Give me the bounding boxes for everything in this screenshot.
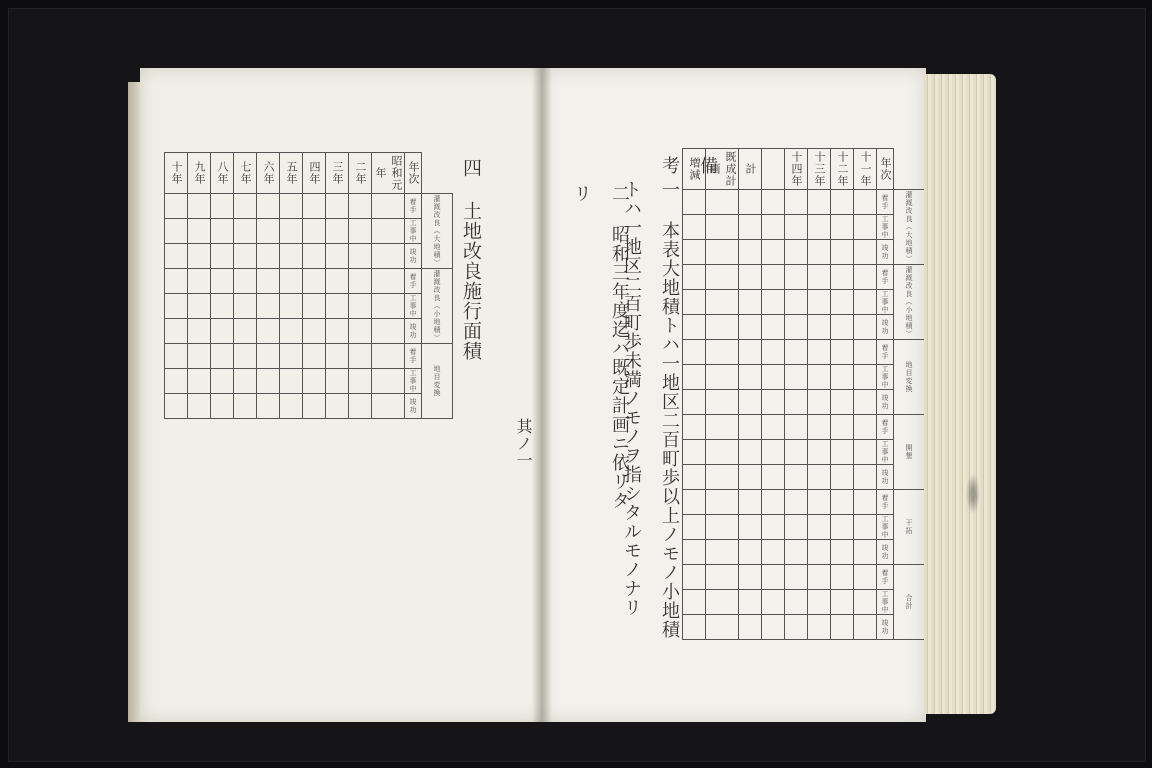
table-row: 竣功 <box>165 244 453 269</box>
data-cell <box>785 465 808 490</box>
data-cell <box>683 340 706 365</box>
data-cell <box>831 340 854 365</box>
data-cell <box>257 269 280 294</box>
column-header <box>762 149 785 190</box>
data-cell <box>808 390 831 415</box>
data-cell <box>854 490 877 515</box>
data-cell <box>785 615 808 640</box>
data-cell <box>808 215 831 240</box>
data-cell <box>762 265 785 290</box>
data-cell <box>831 290 854 315</box>
data-cell <box>683 365 706 390</box>
data-cell <box>165 194 188 219</box>
data-cell <box>303 269 326 294</box>
data-cell <box>303 394 326 419</box>
row-label: 工事中 <box>877 590 894 615</box>
table-row: 着手灌漑改良（小地積） <box>165 269 453 294</box>
data-cell <box>808 415 831 440</box>
data-cell <box>706 240 739 265</box>
table-row: 竣功 <box>683 465 925 490</box>
row-label: 着手 <box>877 490 894 515</box>
row-label: 工事中 <box>405 369 422 394</box>
year-header: 八年 <box>211 153 234 194</box>
data-cell <box>831 415 854 440</box>
data-cell <box>211 344 234 369</box>
remark-2: 二 昭和三年度迄ハ既定計画ニ依リタリ <box>562 184 638 524</box>
data-cell <box>188 219 211 244</box>
data-cell <box>165 319 188 344</box>
data-cell <box>739 315 762 340</box>
data-cell <box>808 340 831 365</box>
data-cell <box>303 244 326 269</box>
data-cell <box>706 465 739 490</box>
data-cell <box>211 269 234 294</box>
data-cell <box>762 465 785 490</box>
data-cell <box>165 344 188 369</box>
data-cell <box>831 240 854 265</box>
data-cell <box>762 440 785 465</box>
data-cell <box>706 565 739 590</box>
data-cell <box>739 390 762 415</box>
data-cell <box>785 315 808 340</box>
data-cell <box>739 290 762 315</box>
column-header-label: 年次 <box>877 149 894 190</box>
data-cell <box>762 215 785 240</box>
data-cell <box>808 190 831 215</box>
row-group-label: 干拓 <box>894 490 925 565</box>
data-cell <box>326 194 349 219</box>
row-label: 工事中 <box>877 290 894 315</box>
data-cell <box>762 315 785 340</box>
data-cell <box>739 565 762 590</box>
data-cell <box>211 219 234 244</box>
data-cell <box>706 590 739 615</box>
table-row: 竣功 <box>683 390 925 415</box>
data-cell <box>808 615 831 640</box>
column-header: 十三年 <box>808 149 831 190</box>
data-cell <box>854 590 877 615</box>
table-row: 着手地目変換 <box>165 344 453 369</box>
data-cell <box>372 394 405 419</box>
data-cell <box>372 219 405 244</box>
data-cell <box>854 440 877 465</box>
table-row: 着手合計 <box>683 565 925 590</box>
data-cell <box>326 394 349 419</box>
data-cell <box>739 215 762 240</box>
data-cell <box>349 319 372 344</box>
table-row: 工事中 <box>165 369 453 394</box>
data-cell <box>303 344 326 369</box>
data-cell <box>683 415 706 440</box>
table-row: 工事中 <box>683 290 925 315</box>
data-cell <box>683 565 706 590</box>
table-row: 工事中 <box>683 590 925 615</box>
data-cell <box>326 269 349 294</box>
row-label: 着手 <box>877 340 894 365</box>
year-header: 四年 <box>303 153 326 194</box>
right-page: 備考 一 本表大地積トハ一地区二百町歩以上ノモノ小地積トハ一地区二百町歩未満ノモ… <box>542 68 926 722</box>
data-cell <box>762 340 785 365</box>
data-cell <box>854 340 877 365</box>
data-cell <box>762 490 785 515</box>
data-cell <box>831 390 854 415</box>
data-cell <box>706 290 739 315</box>
data-cell <box>257 219 280 244</box>
data-cell <box>234 369 257 394</box>
data-cell <box>785 290 808 315</box>
data-cell <box>165 394 188 419</box>
table-row: 竣功 <box>683 315 925 340</box>
data-cell <box>706 340 739 365</box>
data-cell <box>349 244 372 269</box>
data-cell <box>188 294 211 319</box>
data-cell <box>762 540 785 565</box>
table-row: 工事中 <box>165 219 453 244</box>
data-cell <box>234 394 257 419</box>
data-cell <box>188 269 211 294</box>
row-label: 着手 <box>877 190 894 215</box>
data-cell <box>280 219 303 244</box>
data-cell <box>188 244 211 269</box>
row-label: 工事中 <box>877 365 894 390</box>
left-page: 十年 九年 八年 七年 六年 五年 四年 三年 二年 昭和元年 年次 着手灌漑改… <box>140 68 546 722</box>
row-group-label: 開墾 <box>894 415 925 490</box>
table-row: 竣功 <box>683 540 925 565</box>
data-cell <box>706 315 739 340</box>
data-cell <box>831 490 854 515</box>
data-cell <box>706 265 739 290</box>
data-cell <box>280 394 303 419</box>
data-cell <box>280 344 303 369</box>
column-header: 十一年 <box>854 149 877 190</box>
data-cell <box>683 615 706 640</box>
row-label: 竣功 <box>877 315 894 340</box>
data-cell <box>683 215 706 240</box>
data-cell <box>739 240 762 265</box>
table-row: 工事中 <box>165 294 453 319</box>
data-cell <box>762 415 785 440</box>
data-cell <box>349 194 372 219</box>
data-cell <box>326 294 349 319</box>
open-ledger-book: 十年 九年 八年 七年 六年 五年 四年 三年 二年 昭和元年 年次 着手灌漑改… <box>128 64 1000 728</box>
year-header: 二年 <box>349 153 372 194</box>
table-row: 工事中 <box>683 440 925 465</box>
left-ledger-table: 十年 九年 八年 七年 六年 五年 四年 三年 二年 昭和元年 年次 着手灌漑改… <box>164 152 453 419</box>
data-cell <box>785 340 808 365</box>
column-header: 増減 <box>683 149 706 190</box>
data-cell <box>808 290 831 315</box>
row-group-label: 合計 <box>894 565 925 640</box>
data-cell <box>211 319 234 344</box>
data-cell <box>808 465 831 490</box>
data-cell <box>739 415 762 440</box>
data-cell <box>785 540 808 565</box>
data-cell <box>706 615 739 640</box>
table-row: 着手地目変換 <box>683 340 925 365</box>
data-cell <box>785 240 808 265</box>
row-label: 竣功 <box>877 465 894 490</box>
data-cell <box>326 344 349 369</box>
data-cell <box>739 590 762 615</box>
data-cell <box>234 269 257 294</box>
data-cell <box>831 265 854 290</box>
data-cell <box>211 394 234 419</box>
data-cell <box>280 194 303 219</box>
data-cell <box>706 440 739 465</box>
data-cell <box>372 269 405 294</box>
data-cell <box>165 244 188 269</box>
data-cell <box>831 190 854 215</box>
row-label: 着手 <box>877 265 894 290</box>
data-cell <box>683 390 706 415</box>
column-header-label: 年次 <box>405 153 422 194</box>
data-cell <box>211 369 234 394</box>
data-cell <box>831 515 854 540</box>
data-cell <box>762 590 785 615</box>
row-label: 着手 <box>405 194 422 219</box>
data-cell <box>831 465 854 490</box>
data-cell <box>739 440 762 465</box>
data-cell <box>280 319 303 344</box>
data-cell <box>683 240 706 265</box>
data-cell <box>349 369 372 394</box>
data-cell <box>257 244 280 269</box>
row-group-label: 地目変換 <box>422 344 453 419</box>
data-cell <box>280 244 303 269</box>
data-cell <box>831 365 854 390</box>
table-row: 竣功 <box>683 615 925 640</box>
row-label: 竣功 <box>877 540 894 565</box>
row-label: 工事中 <box>877 215 894 240</box>
data-cell <box>739 365 762 390</box>
data-cell <box>303 219 326 244</box>
data-cell <box>372 244 405 269</box>
data-cell <box>349 294 372 319</box>
right-ledger-table: 増減 既成計画 計 十四年 十三年 十二年 十一年 年次 着手灌漑改良（大地積）… <box>682 148 925 640</box>
table-row: 着手開墾 <box>683 415 925 440</box>
data-cell <box>706 190 739 215</box>
data-cell <box>188 344 211 369</box>
data-cell <box>762 615 785 640</box>
data-cell <box>234 194 257 219</box>
row-group-label: 灌漑改良（大地積） <box>422 194 453 269</box>
data-cell <box>234 219 257 244</box>
data-cell <box>303 319 326 344</box>
data-cell <box>854 540 877 565</box>
data-cell <box>785 365 808 390</box>
data-cell <box>706 390 739 415</box>
data-cell <box>257 294 280 319</box>
table-row: 工事中 <box>683 215 925 240</box>
data-cell <box>762 565 785 590</box>
data-cell <box>739 465 762 490</box>
data-cell <box>234 294 257 319</box>
data-cell <box>326 319 349 344</box>
data-cell <box>854 465 877 490</box>
data-cell <box>739 340 762 365</box>
data-cell <box>854 390 877 415</box>
data-cell <box>234 344 257 369</box>
data-cell <box>854 190 877 215</box>
data-cell <box>706 415 739 440</box>
data-cell <box>280 294 303 319</box>
data-cell <box>808 265 831 290</box>
year-header: 十年 <box>165 153 188 194</box>
row-label: 工事中 <box>405 219 422 244</box>
data-cell <box>808 565 831 590</box>
data-cell <box>808 315 831 340</box>
data-cell <box>706 540 739 565</box>
data-cell <box>165 219 188 244</box>
data-cell <box>280 269 303 294</box>
data-cell <box>739 615 762 640</box>
data-cell <box>706 215 739 240</box>
data-cell <box>683 440 706 465</box>
data-cell <box>854 265 877 290</box>
data-cell <box>683 290 706 315</box>
row-group-label: 灌漑改良（小地積） <box>422 269 453 344</box>
data-cell <box>854 615 877 640</box>
year-header: 五年 <box>280 153 303 194</box>
column-header: 十四年 <box>785 149 808 190</box>
data-cell <box>280 369 303 394</box>
table-row: 着手灌漑改良（小地積） <box>683 265 925 290</box>
table-row: 着手灌漑改良（大地積） <box>165 194 453 219</box>
data-cell <box>165 369 188 394</box>
data-cell <box>683 265 706 290</box>
data-cell <box>785 390 808 415</box>
row-group-label: 地目変換 <box>894 340 925 415</box>
data-cell <box>808 540 831 565</box>
data-cell <box>831 590 854 615</box>
column-header: 十二年 <box>831 149 854 190</box>
book-gutter <box>532 68 552 722</box>
data-cell <box>349 219 372 244</box>
data-cell <box>854 415 877 440</box>
data-cell <box>762 365 785 390</box>
data-cell <box>372 194 405 219</box>
data-cell <box>349 344 372 369</box>
data-cell <box>188 319 211 344</box>
table-row: 竣功 <box>165 319 453 344</box>
data-cell <box>372 369 405 394</box>
data-cell <box>326 244 349 269</box>
table-row: 工事中 <box>683 365 925 390</box>
data-cell <box>349 269 372 294</box>
data-cell <box>854 565 877 590</box>
data-cell <box>257 344 280 369</box>
data-cell <box>683 190 706 215</box>
data-cell <box>831 565 854 590</box>
data-cell <box>372 294 405 319</box>
data-cell <box>854 365 877 390</box>
data-cell <box>762 515 785 540</box>
data-cell <box>683 315 706 340</box>
data-cell <box>257 369 280 394</box>
data-cell <box>831 615 854 640</box>
data-cell <box>257 194 280 219</box>
table-row: 着手灌漑改良（大地積） <box>683 190 925 215</box>
data-cell <box>706 365 739 390</box>
data-cell <box>706 515 739 540</box>
data-cell <box>854 215 877 240</box>
page-fore-edge <box>924 74 996 714</box>
data-cell <box>683 540 706 565</box>
table-row: 竣功 <box>683 240 925 265</box>
data-cell <box>808 590 831 615</box>
data-cell <box>762 390 785 415</box>
row-label: 工事中 <box>405 294 422 319</box>
data-cell <box>831 215 854 240</box>
data-cell <box>188 394 211 419</box>
data-cell <box>211 244 234 269</box>
row-label: 竣功 <box>877 615 894 640</box>
data-cell <box>234 244 257 269</box>
data-cell <box>785 265 808 290</box>
data-cell <box>706 490 739 515</box>
data-cell <box>739 265 762 290</box>
column-header: 既成計画 <box>706 149 739 190</box>
data-cell <box>854 290 877 315</box>
year-header: 昭和元年 <box>372 153 405 194</box>
data-cell <box>683 465 706 490</box>
row-label: 竣功 <box>405 244 422 269</box>
row-label: 竣功 <box>405 394 422 419</box>
data-cell <box>303 194 326 219</box>
data-cell <box>808 440 831 465</box>
data-cell <box>762 290 785 315</box>
row-label: 着手 <box>877 565 894 590</box>
data-cell <box>739 190 762 215</box>
data-cell <box>831 440 854 465</box>
data-cell <box>785 590 808 615</box>
data-cell <box>683 515 706 540</box>
ink-stain <box>966 474 980 514</box>
row-label: 工事中 <box>877 515 894 540</box>
data-cell <box>762 190 785 215</box>
data-cell <box>739 515 762 540</box>
data-cell <box>188 369 211 394</box>
data-cell <box>739 490 762 515</box>
data-cell <box>326 219 349 244</box>
row-group-label: 灌漑改良（大地積） <box>894 190 925 265</box>
data-cell <box>372 319 405 344</box>
data-cell <box>762 240 785 265</box>
table-row: 竣功 <box>165 394 453 419</box>
data-cell <box>808 365 831 390</box>
table-row: 工事中 <box>683 515 925 540</box>
year-header: 六年 <box>257 153 280 194</box>
section-title: 四 土地改良施行面積 <box>458 158 485 361</box>
data-cell <box>785 215 808 240</box>
data-cell <box>303 294 326 319</box>
data-cell <box>831 540 854 565</box>
row-label: 竣功 <box>405 319 422 344</box>
data-cell <box>165 269 188 294</box>
data-cell <box>808 240 831 265</box>
data-cell <box>785 190 808 215</box>
table-row: 着手干拓 <box>683 490 925 515</box>
data-cell <box>372 344 405 369</box>
row-group-label: 灌漑改良（小地積） <box>894 265 925 340</box>
data-cell <box>854 315 877 340</box>
row-label: 着手 <box>405 269 422 294</box>
data-cell <box>808 515 831 540</box>
year-header: 七年 <box>234 153 257 194</box>
data-cell <box>785 415 808 440</box>
data-cell <box>257 394 280 419</box>
data-cell <box>785 490 808 515</box>
